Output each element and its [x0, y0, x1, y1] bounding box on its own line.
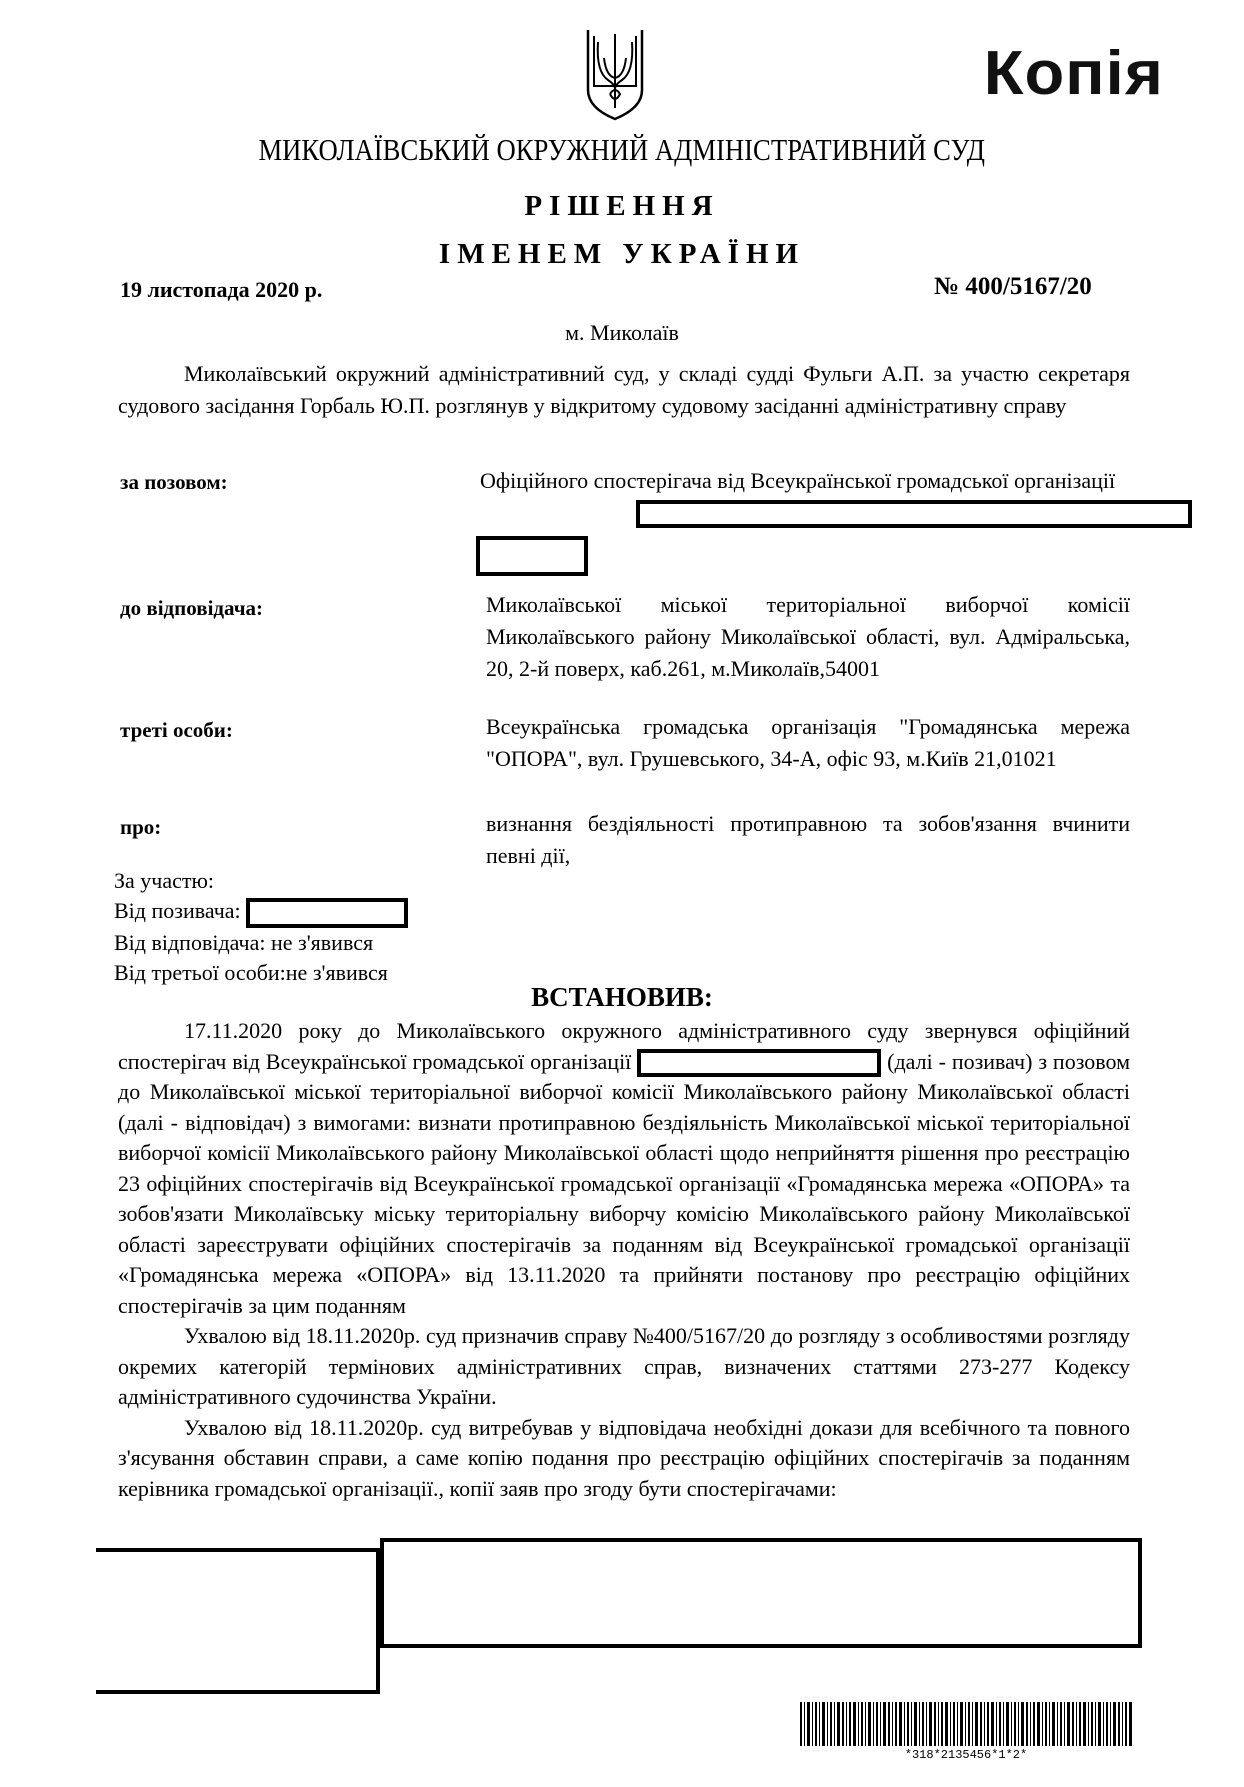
subject-label: про: — [120, 815, 161, 840]
intro-paragraph: Миколаївський окружний адміністративний … — [118, 358, 1130, 422]
redacted-observer-name — [637, 1049, 881, 1077]
court-name: МИКОЛАЇВСЬКИЙ ОКРУЖНИЙ АДМІНІСТРАТИВНИЙ … — [87, 132, 1157, 168]
paragraph-claim: 17.11.2020 року до Миколаївського окружн… — [118, 1016, 1130, 1321]
section-heading: ВСТАНОВИВ: — [0, 982, 1244, 1013]
third-party-label: треті особи: — [120, 718, 233, 743]
defendant-value: Миколаївської міської територіальної виб… — [486, 589, 1130, 685]
barcode-icon — [800, 1702, 1132, 1746]
redacted-plaintiff-representative — [246, 898, 408, 928]
paragraph-ruling-schedule: Ухвалою від 18.11.2020р. суд призначив с… — [118, 1321, 1130, 1413]
defendant-label: до відповідача: — [120, 596, 263, 621]
document-title: РІШЕННЯ — [0, 190, 1244, 223]
third-party-value: Всеукраїнська громадська організація "Гр… — [486, 711, 1130, 775]
decision-date: 19 листопада 2020 р. — [120, 277, 322, 303]
participant-defendant: Від відповідача: не з'явився — [114, 928, 408, 958]
document-subtitle: ІМЕНЕМ УКРАЇНИ — [0, 238, 1244, 271]
decision-body: 17.11.2020 року до Миколаївського окружн… — [118, 1016, 1130, 1504]
coat-of-arms-icon — [584, 28, 646, 121]
participant-plaintiff-label: Від позивача: — [114, 898, 241, 923]
paragraph-ruling-evidence: Ухвалою від 18.11.2020р. суд витребував … — [118, 1413, 1130, 1505]
redacted-plaintiff-name — [476, 536, 588, 576]
redacted-observers-list-continued — [96, 1548, 380, 1694]
plaintiff-label: за позовом: — [120, 470, 228, 495]
redacted-observers-list — [380, 1538, 1142, 1648]
copy-stamp: Копія — [984, 38, 1164, 109]
participants-block: За участю: Від позивача: Від відповідача… — [114, 866, 408, 988]
subject-value: визнання бездіяльності протиправною та з… — [486, 808, 1130, 872]
paragraph-claim-part-b: (далі - позивач) з позовом до Миколаївсь… — [118, 1049, 1130, 1318]
redacted-plaintiff-org — [636, 500, 1192, 528]
participants-heading: За участю: — [114, 866, 408, 896]
barcode-number: *318*2135456*1*2* — [800, 1748, 1132, 1762]
city: м. Миколаїв — [0, 320, 1244, 346]
plaintiff-value: Офіційного спостерігача від Всеукраїнськ… — [480, 465, 1130, 497]
case-number: № 400/5167/20 — [934, 273, 1092, 301]
participant-plaintiff: Від позивача: — [114, 896, 408, 928]
